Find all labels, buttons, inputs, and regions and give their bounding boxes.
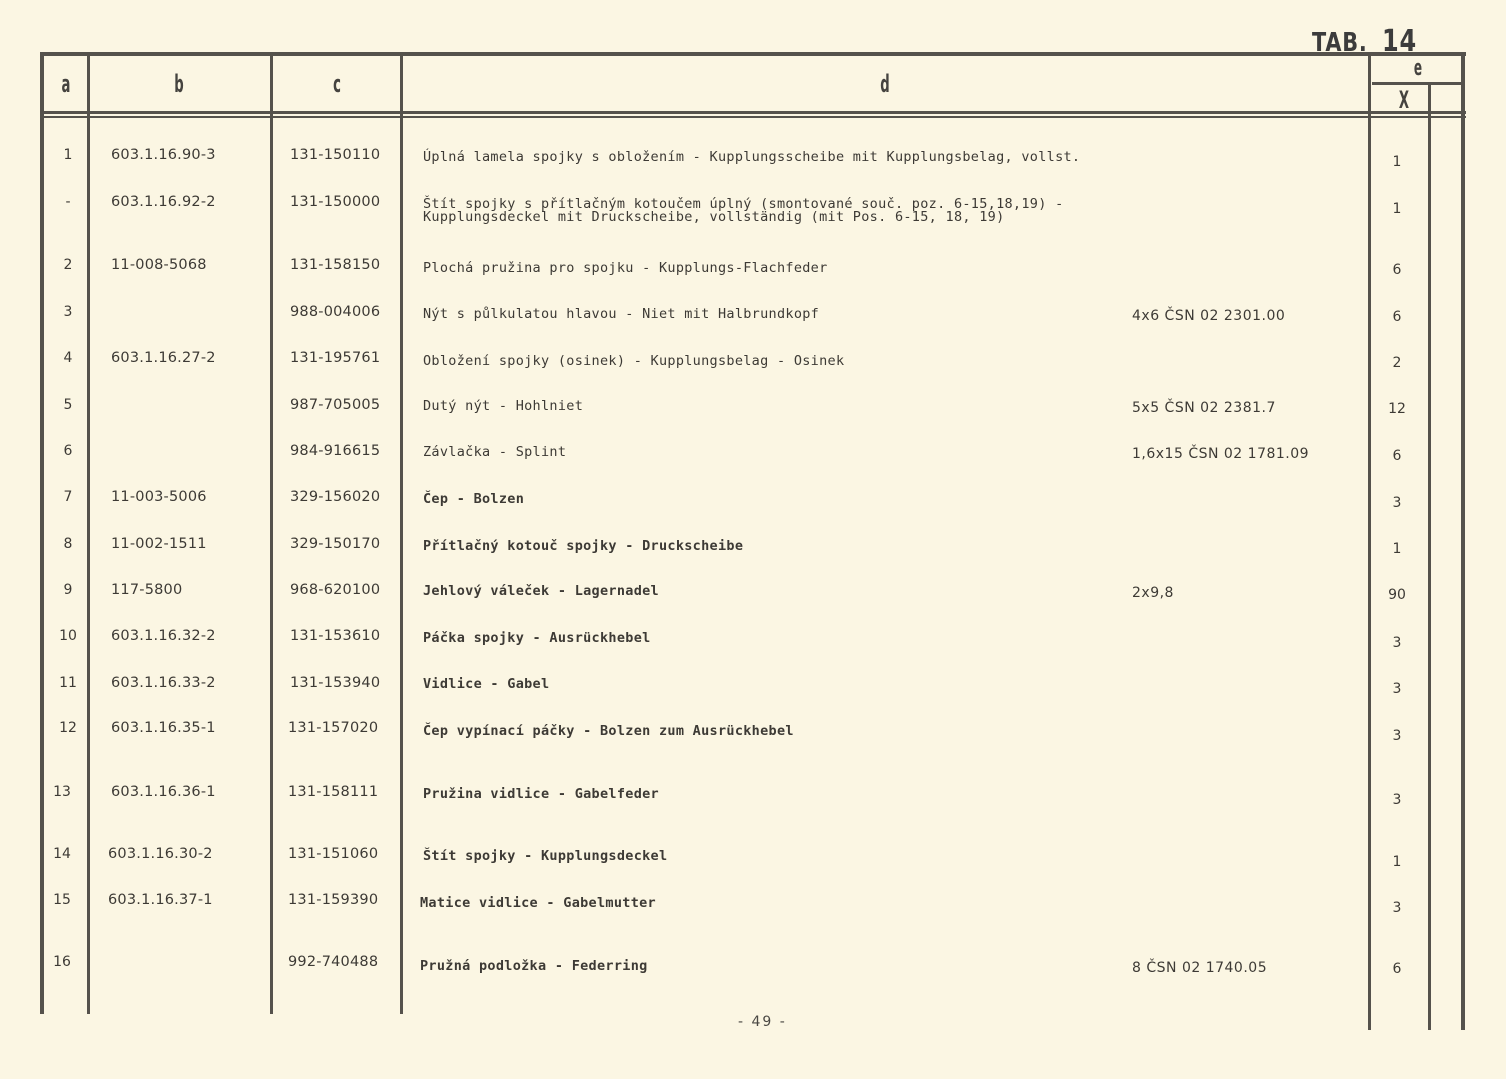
table-border-right xyxy=(1461,56,1465,1030)
position-number: 16 xyxy=(42,956,82,969)
quantity: 1 xyxy=(1377,203,1417,216)
standard-spec: 4x6 ČSN 02 2301.00 xyxy=(1132,310,1285,323)
position-number: 12 xyxy=(48,722,88,735)
part-number: 131-158150 xyxy=(290,259,380,272)
quantity: 12 xyxy=(1377,403,1417,416)
col-divider-x xyxy=(1428,84,1431,1030)
position-number: 6 xyxy=(48,445,88,458)
description-line: Úplná lamela spojky s obložením - Kupplu… xyxy=(423,151,1080,164)
drawing-number: 11-002-1511 xyxy=(111,538,207,551)
quantity: 1 xyxy=(1377,156,1417,169)
header-separator-inner xyxy=(42,116,1466,118)
description-line: Vidlice - Gabel xyxy=(423,678,549,691)
quantity: 6 xyxy=(1377,311,1417,324)
table-border-left xyxy=(40,52,44,1014)
position-number: 10 xyxy=(48,630,88,643)
part-number: 329-156020 xyxy=(290,491,380,504)
page-number: - 49 - xyxy=(738,1014,787,1030)
description-line: Závlačka - Splint xyxy=(423,446,566,459)
drawing-number: 603.1.16.32-2 xyxy=(111,630,216,643)
header-a: a xyxy=(58,70,75,98)
part-number: 131-153940 xyxy=(290,677,380,690)
description-line: Štít spojky - Kupplungsdeckel xyxy=(423,850,667,863)
part-number: 131-157020 xyxy=(288,722,378,735)
position-number: 13 xyxy=(42,786,82,799)
position-number: 4 xyxy=(48,352,88,365)
description-line: Jehlový váleček - Lagernadel xyxy=(423,585,659,598)
col-divider-de xyxy=(1368,56,1371,1030)
description-line: Kupplungsdeckel mit Druckscheibe, vollst… xyxy=(423,211,1005,224)
header-e-divider xyxy=(1372,82,1464,85)
part-number: 329-150170 xyxy=(290,538,380,551)
standard-spec: 2x9,8 xyxy=(1132,587,1174,600)
position-number: 1 xyxy=(48,149,88,162)
part-number: 131-159390 xyxy=(288,894,378,907)
standard-spec: 1,6x15 ČSN 02 1781.09 xyxy=(1132,448,1309,461)
drawing-number: 603.1.16.27-2 xyxy=(111,352,216,365)
position-number: 2 xyxy=(48,259,88,272)
drawing-number: 603.1.16.33-2 xyxy=(111,677,216,690)
drawing-number: 603.1.16.37-1 xyxy=(108,894,213,907)
header-separator xyxy=(42,111,1466,114)
part-number: 131-151060 xyxy=(288,848,378,861)
description-line: Páčka spojky - Ausrückhebel xyxy=(423,632,651,645)
part-number: 131-153610 xyxy=(290,630,380,643)
header-c: c xyxy=(329,70,346,98)
quantity: 6 xyxy=(1377,450,1417,463)
standard-spec: 5x5 ČSN 02 2381.7 xyxy=(1132,402,1276,415)
description-line: Pružná podložka - Federring xyxy=(420,960,648,973)
description-line: Obložení spojky (osinek) - Kupplungsbela… xyxy=(423,355,844,368)
description-line: Dutý nýt - Hohlniet xyxy=(423,400,583,413)
part-number: 968-620100 xyxy=(290,584,380,597)
table-border-top xyxy=(42,52,1466,56)
quantity: 90 xyxy=(1377,589,1417,602)
quantity: 3 xyxy=(1377,730,1417,743)
part-number: 992-740488 xyxy=(288,956,378,969)
description-line: Plochá pružina pro spojku - Kupplungs-Fl… xyxy=(423,262,828,275)
drawing-number: 117-5800 xyxy=(111,584,182,597)
description-line: Nýt s půlkulatou hlavou - Niet mit Halbr… xyxy=(423,308,819,321)
drawing-number: 603.1.16.30-2 xyxy=(108,848,213,861)
position-number: 11 xyxy=(48,677,88,690)
part-number: 131-150000 xyxy=(290,196,380,209)
position-number: 15 xyxy=(42,894,82,907)
part-number: 984-916615 xyxy=(290,445,380,458)
drawing-number: 603.1.16.36-1 xyxy=(111,786,216,799)
drawing-number: 603.1.16.35-1 xyxy=(111,722,216,735)
part-number: 988-004006 xyxy=(290,306,380,319)
position-number: 7 xyxy=(48,491,88,504)
drawing-number: 603.1.16.92-2 xyxy=(111,196,216,209)
part-number: 131-150110 xyxy=(290,149,380,162)
part-number: 131-195761 xyxy=(290,352,380,365)
description-line: Přítlačný kotouč spojky - Druckscheibe xyxy=(423,540,743,553)
position-number: - xyxy=(48,196,88,209)
quantity: 6 xyxy=(1377,963,1417,976)
header-x: X xyxy=(1396,86,1413,114)
col-divider-cd xyxy=(400,52,403,1014)
quantity: 6 xyxy=(1377,264,1417,277)
standard-spec: 8 ČSN 02 1740.05 xyxy=(1132,962,1267,975)
position-number: 14 xyxy=(42,848,82,861)
description-line: Pružina vidlice - Gabelfeder xyxy=(423,788,659,801)
drawing-number: 11-003-5006 xyxy=(111,491,207,504)
col-divider-bc xyxy=(270,52,273,1014)
position-number: 5 xyxy=(48,399,88,412)
quantity: 3 xyxy=(1377,497,1417,510)
part-number: 987-705005 xyxy=(290,399,380,412)
quantity: 3 xyxy=(1377,902,1417,915)
drawing-number: 11-008-5068 xyxy=(111,259,207,272)
quantity: 1 xyxy=(1377,856,1417,869)
position-number: 3 xyxy=(48,306,88,319)
header-e: e xyxy=(1410,56,1427,81)
part-number: 131-158111 xyxy=(288,786,378,799)
quantity: 3 xyxy=(1377,794,1417,807)
drawing-number: 603.1.16.90-3 xyxy=(111,149,216,162)
position-number: 9 xyxy=(48,584,88,597)
quantity: 2 xyxy=(1377,357,1417,370)
description-line: Matice vidlice - Gabelmutter xyxy=(420,897,656,910)
quantity: 3 xyxy=(1377,637,1417,650)
header-b: b xyxy=(171,70,188,98)
quantity: 3 xyxy=(1377,683,1417,696)
quantity: 1 xyxy=(1377,543,1417,556)
header-d: d xyxy=(877,70,894,98)
description-line: Čep - Bolzen xyxy=(423,493,524,506)
position-number: 8 xyxy=(48,538,88,551)
description-line: Čep vypínací páčky - Bolzen zum Ausrückh… xyxy=(423,725,794,738)
